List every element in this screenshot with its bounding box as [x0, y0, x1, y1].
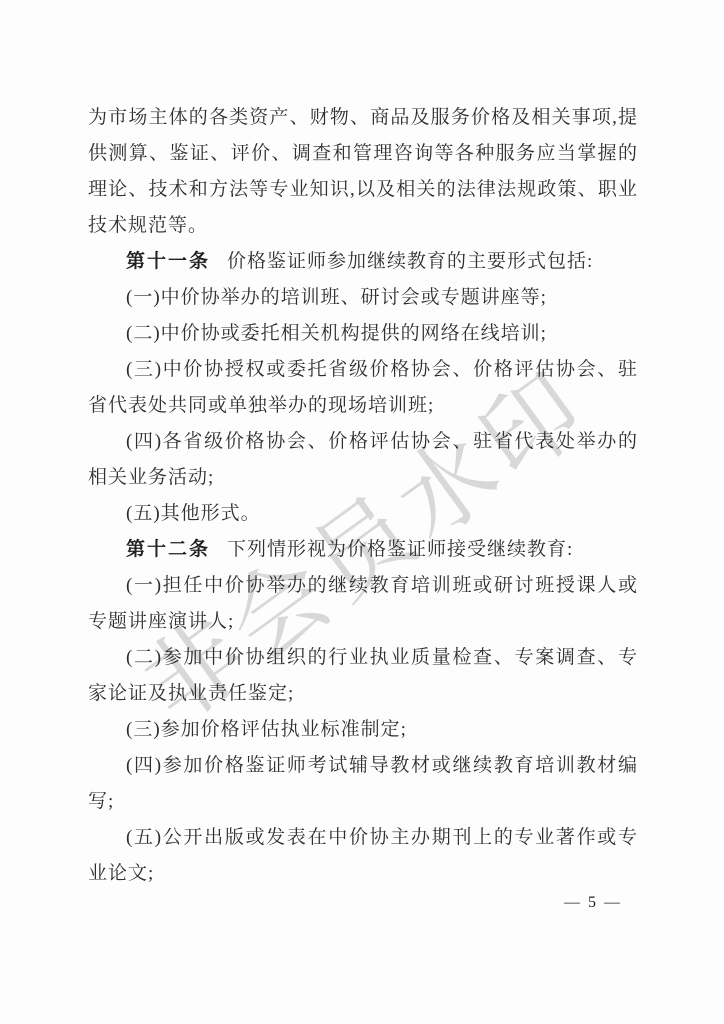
article-12-item-3: (三)参加价格评估执业标准制定;: [88, 712, 638, 748]
article-11-item-2: (二)中价协或委托相关机构提供的网络在线培训;: [88, 316, 638, 352]
article-11-item-4: (四)各省级价格协会、价格评估协会、驻省代表处举办的相关业务活动;: [88, 424, 638, 496]
article-12-item-4: (四)参加价格鉴证师考试辅导教材或继续教育培训教材编写;: [88, 748, 638, 820]
article-12-item-2: (二)参加中价协组织的行业执业质量检查、专案调查、专家论证及执业责任鉴定;: [88, 640, 638, 712]
article-11-heading: 第十一条价格鉴证师参加继续教育的主要形式包括:: [88, 244, 638, 280]
page-number: — 5 —: [548, 894, 638, 912]
article-11-item-5: (五)其他形式。: [88, 496, 638, 532]
article-11-text: 价格鉴证师参加继续教育的主要形式包括:: [227, 251, 593, 272]
article-12-text: 下列情形视为价格鉴证师接受继续教育:: [227, 539, 573, 560]
document-page: 非会员水印 为市场主体的各类资产、财物、商品及服务价格及相关事项,提供测算、鉴证…: [0, 0, 724, 1024]
document-body: 为市场主体的各类资产、财物、商品及服务价格及相关事项,提供测算、鉴证、评价、调查…: [88, 100, 638, 892]
article-12-heading: 第十二条下列情形视为价格鉴证师接受继续教育:: [88, 532, 638, 568]
article-11-item-3: (三)中价协授权或委托省级价格协会、价格评估协会、驻省代表处共同或单独举办的现场…: [88, 352, 638, 424]
article-12-item-5: (五)公开出版或发表在中价协主办期刊上的专业著作或专业论文;: [88, 820, 638, 892]
article-11-label: 第十一条: [126, 251, 210, 272]
article-12-item-1: (一)担任中价协举办的继续教育培训班或研讨班授课人或专题讲座演讲人;: [88, 568, 638, 640]
paragraph-continuation: 为市场主体的各类资产、财物、商品及服务价格及相关事项,提供测算、鉴证、评价、调查…: [88, 100, 638, 244]
article-11-item-1: (一)中价协举办的培训班、研讨会或专题讲座等;: [88, 280, 638, 316]
article-12-label: 第十二条: [126, 539, 210, 560]
